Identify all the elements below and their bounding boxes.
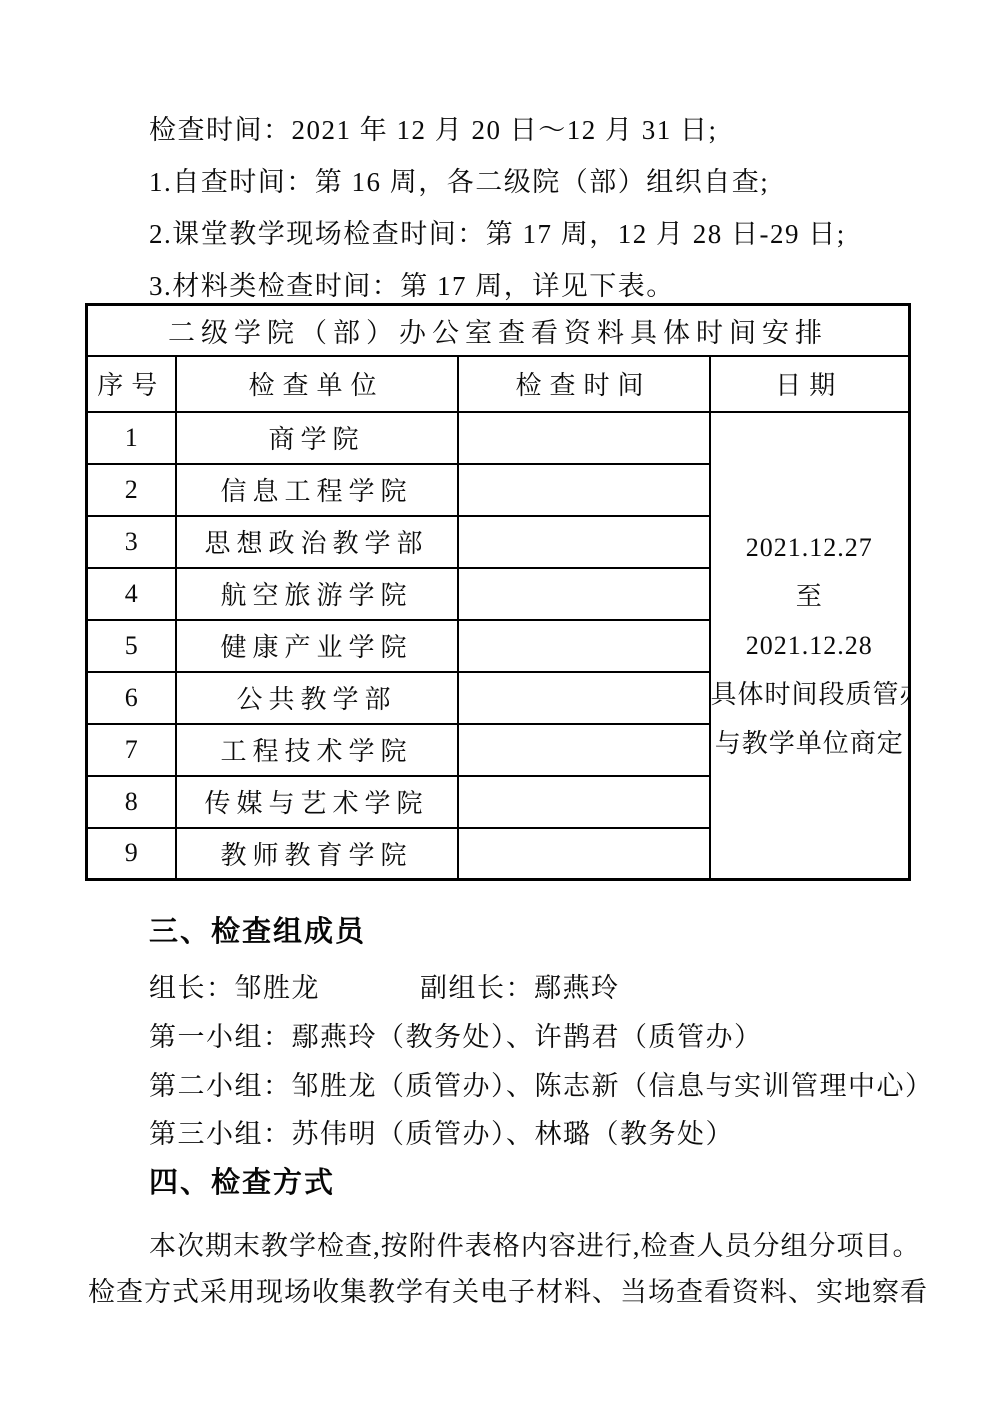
section-three-heading: 三、检查组成员: [149, 909, 366, 950]
check-time-cell: [458, 828, 710, 880]
check-time-cell: [458, 464, 710, 516]
table-title: 二级学院（部）办公室查看资料具体时间安排: [87, 305, 910, 356]
intro-line-check-time: 检查时间：2021 年 12 月 20 日～12 月 31 日;: [149, 108, 718, 147]
row-no-cell: 6: [87, 672, 176, 724]
unit-name-cell: 信息工程学院: [176, 464, 458, 516]
intro-line-classroom-check: 2.课堂教学现场检查时间：第 17 周，12 月 28 日-29 日;: [149, 212, 846, 251]
unit-name-cell: 思想政治教学部: [176, 516, 458, 568]
row-no-cell: 8: [87, 776, 176, 828]
date-line-end: 2021.12.28: [711, 621, 909, 670]
schedule-table: 二级学院（部）办公室查看资料具体时间安排 序号 检查单位 检查时间 日期 1 商…: [85, 303, 911, 881]
table-header-row: 序号 检查单位 检查时间 日期: [87, 356, 910, 412]
unit-name-cell: 公共教学部: [176, 672, 458, 724]
unit-name-cell: 健康产业学院: [176, 620, 458, 672]
unit-name-cell: 航空旅游学院: [176, 568, 458, 620]
row-no-cell: 2: [87, 464, 176, 516]
method-paragraph-line-2: 检查方式采用现场收集教学有关电子材料、当场查看资料、实地察看: [88, 1270, 928, 1309]
date-line-to: 至: [711, 572, 909, 621]
row-no-cell: 9: [87, 828, 176, 880]
group-two-line: 第二小组：邹胜龙（质管办）、陈志新（信息与实训管理中心）: [149, 1064, 934, 1103]
unit-name-cell: 工程技术学院: [176, 724, 458, 776]
row-no-cell: 3: [87, 516, 176, 568]
check-time-cell: [458, 724, 710, 776]
group-one-line: 第一小组：鄢燕玲（教务处）、许鹊君（质管办）: [149, 1015, 763, 1054]
check-time-cell: [458, 672, 710, 724]
unit-name-cell: 传媒与艺术学院: [176, 776, 458, 828]
method-paragraph-line-1: 本次期末教学检查,按附件表格内容进行,检查人员分组分项目。: [149, 1224, 921, 1263]
check-time-cell: [458, 620, 710, 672]
col-header-time: 检查时间: [458, 356, 710, 412]
document-page: 检查时间：2021 年 12 月 20 日～12 月 31 日; 1.自查时间：…: [0, 0, 992, 1404]
date-line-note-2: 与教学单位商定: [711, 719, 909, 768]
unit-name-cell: 商学院: [176, 412, 458, 464]
col-header-unit: 检查单位: [176, 356, 458, 412]
table-row: 1 商学院 2021.12.27 至 2021.12.28 具体时间段质管办 与…: [87, 412, 910, 464]
deputy-leader-text: 副组长：鄢燕玲: [420, 973, 620, 1003]
check-time-cell: [458, 568, 710, 620]
unit-name-cell: 教师教育学院: [176, 828, 458, 880]
date-line-note-1: 具体时间段质管办: [711, 670, 909, 719]
date-range-cell: 2021.12.27 至 2021.12.28 具体时间段质管办 与教学单位商定: [710, 412, 910, 880]
row-no-cell: 1: [87, 412, 176, 464]
table-title-row: 二级学院（部）办公室查看资料具体时间安排: [87, 305, 910, 356]
check-time-cell: [458, 412, 710, 464]
intro-line-material-check: 3.材料类检查时间：第 17 周，详见下表。: [149, 264, 675, 303]
row-no-cell: 5: [87, 620, 176, 672]
date-line-start: 2021.12.27: [711, 523, 909, 572]
intro-line-self-check: 1.自查时间：第 16 周，各二级院（部）组织自查;: [149, 160, 769, 199]
check-time-cell: [458, 516, 710, 568]
col-header-date: 日期: [710, 356, 910, 412]
row-no-cell: 7: [87, 724, 176, 776]
leaders-line: 组长：邹胜龙副组长：鄢燕玲: [149, 966, 620, 1005]
leader-text: 组长：邹胜龙: [149, 973, 320, 1003]
row-no-cell: 4: [87, 568, 176, 620]
col-header-no: 序号: [87, 356, 176, 412]
check-time-cell: [458, 776, 710, 828]
group-three-line: 第三小组：苏伟明（质管办）、林璐（教务处）: [149, 1112, 734, 1151]
section-four-heading: 四、检查方式: [149, 1160, 335, 1201]
